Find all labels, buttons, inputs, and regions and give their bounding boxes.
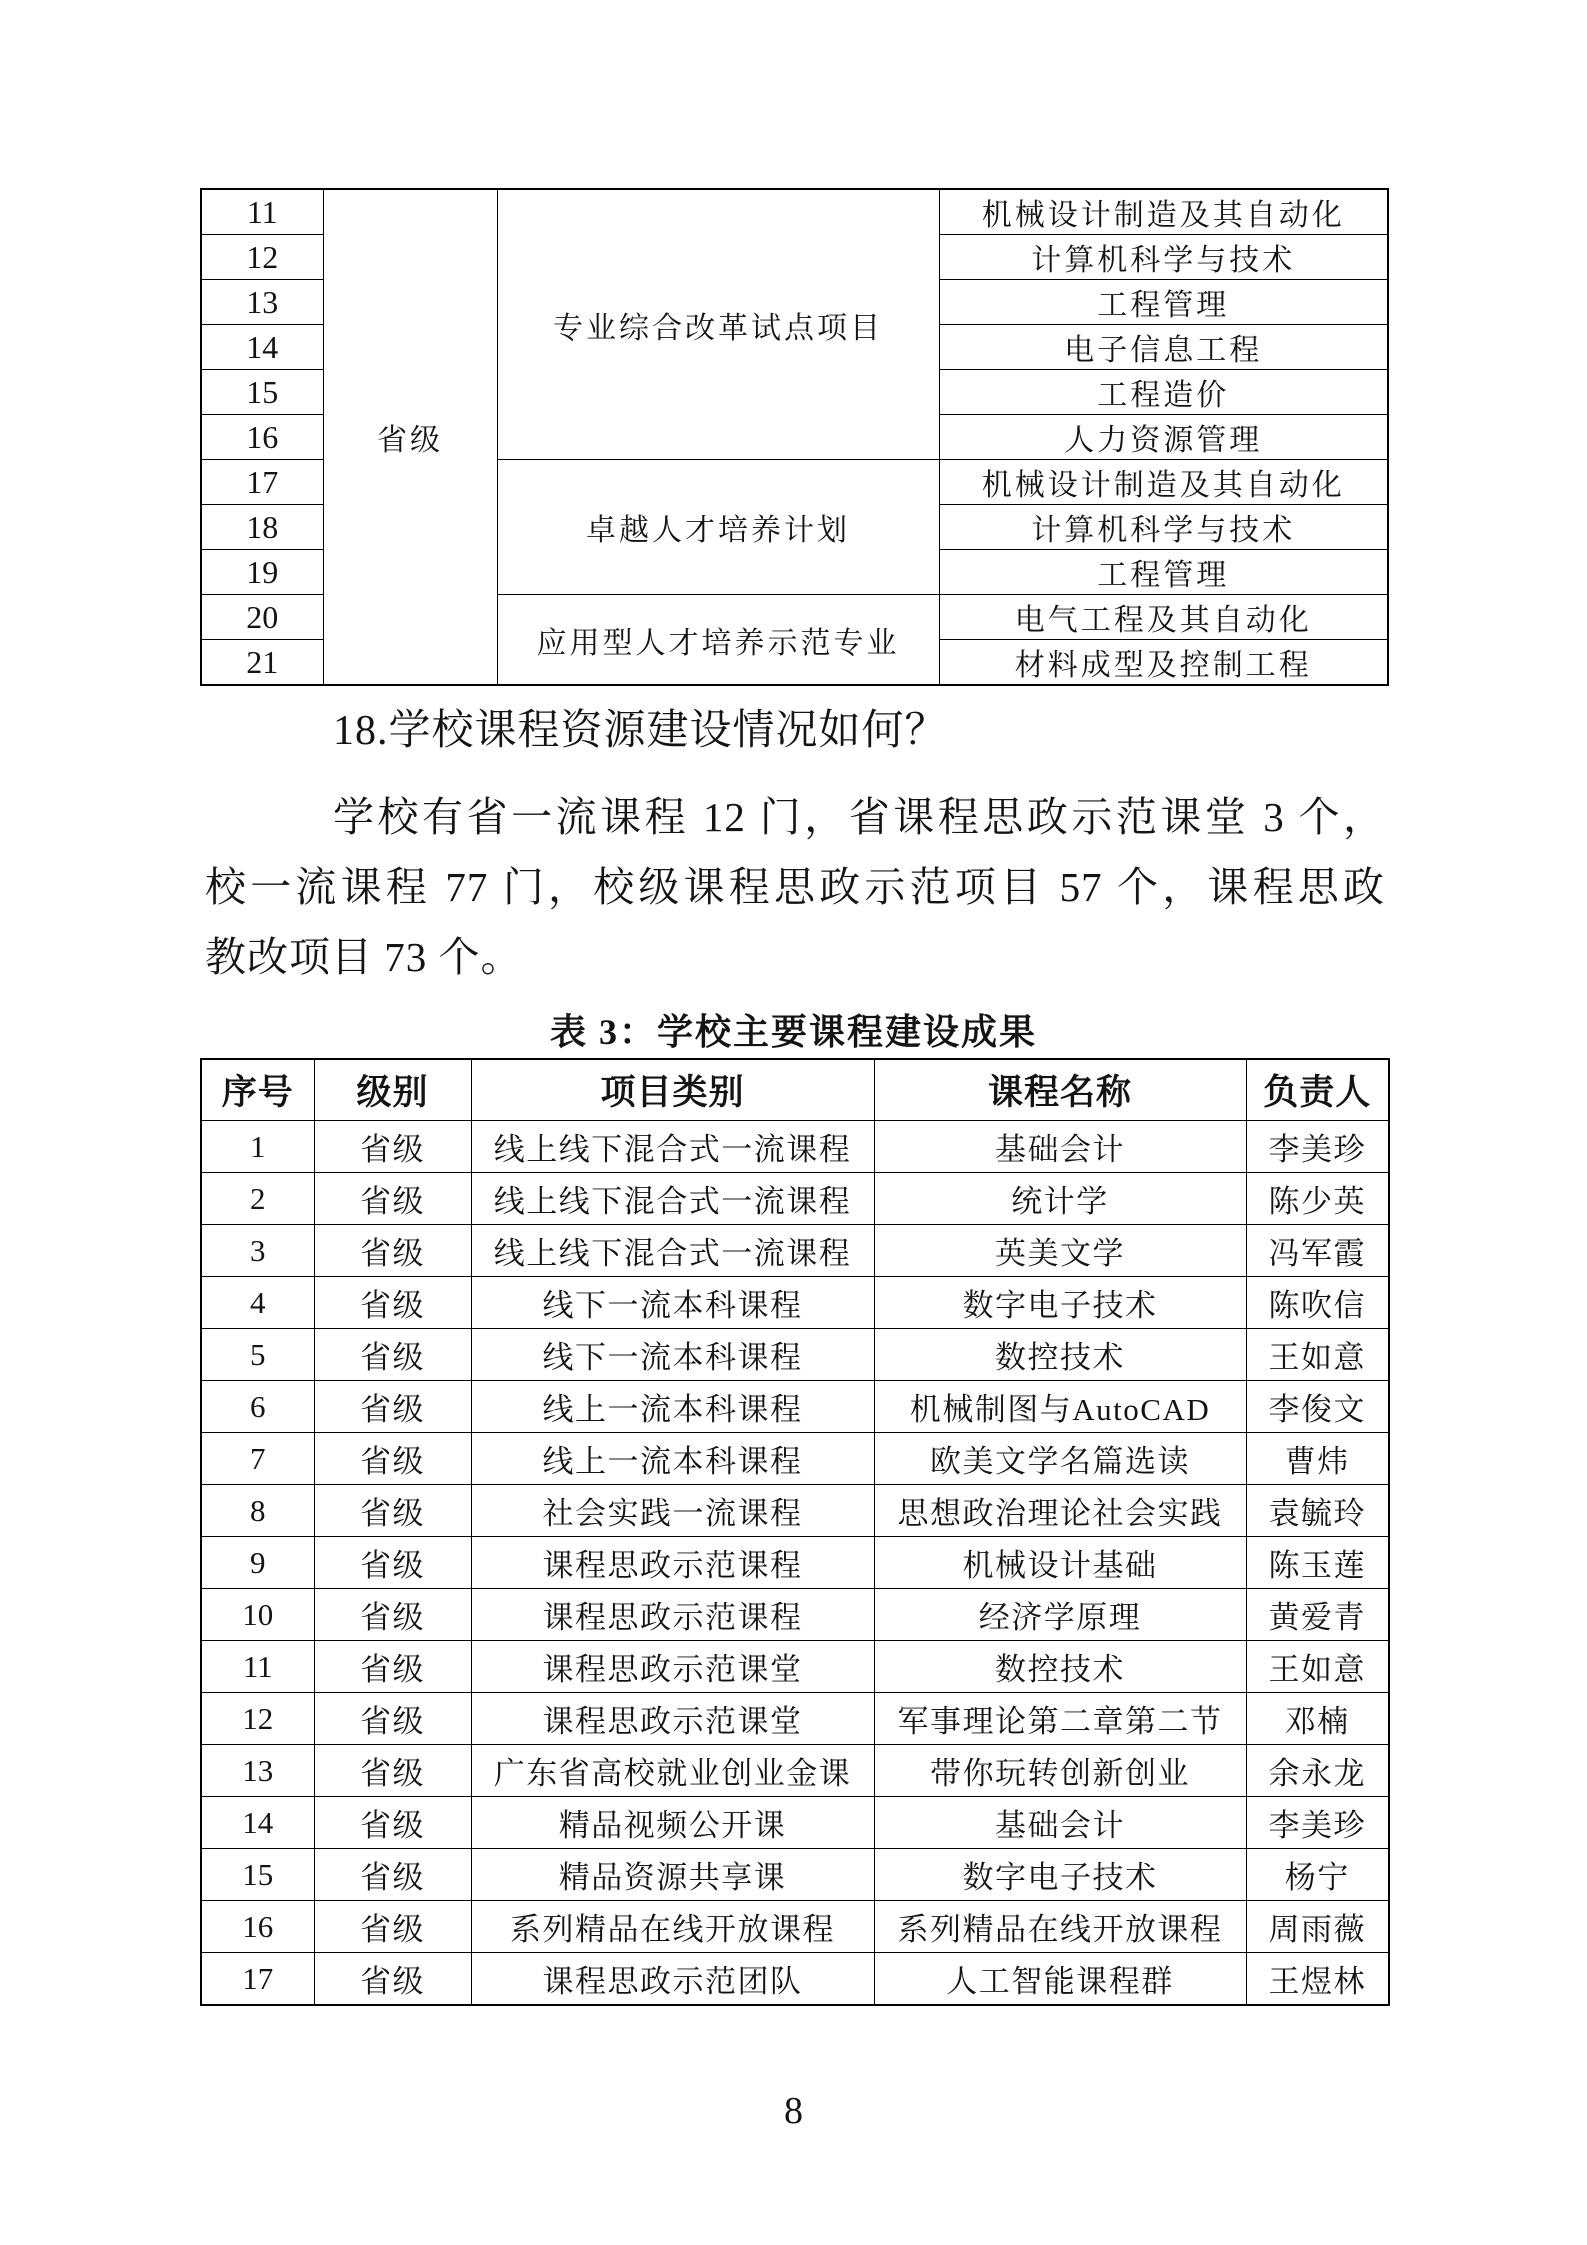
level-cell: 省级 [323, 189, 497, 685]
person-cell: 邓楠 [1246, 1693, 1389, 1745]
major-cell: 计算机科学与技术 [939, 235, 1388, 280]
person-cell: 陈玉莲 [1246, 1537, 1389, 1589]
table-row: 16 省级 系列精品在线开放课程 系列精品在线开放课程 周雨薇 [201, 1901, 1389, 1953]
table-row: 11 省级 课程思政示范课堂 数控技术 王如意 [201, 1641, 1389, 1693]
major-cell: 工程造价 [939, 370, 1388, 415]
course-cell: 英美文学 [874, 1225, 1246, 1277]
major-cell: 人力资源管理 [939, 415, 1388, 460]
person-cell: 李美珍 [1246, 1121, 1389, 1173]
header-level: 级别 [314, 1059, 471, 1121]
category-cell: 精品资源共享课 [471, 1849, 874, 1901]
level-cell: 省级 [314, 1485, 471, 1537]
serial-cell: 21 [201, 640, 323, 686]
person-cell: 周雨薇 [1246, 1901, 1389, 1953]
serial-cell: 2 [201, 1173, 314, 1225]
table-row: 14 省级 精品视频公开课 基础会计 李美珍 [201, 1797, 1389, 1849]
serial-cell: 16 [201, 415, 323, 460]
course-cell: 系列精品在线开放课程 [874, 1901, 1246, 1953]
table-course-achievements: 序号 级别 项目类别 课程名称 负责人 1 省级 线上线下混合式一流课程 基础会… [200, 1058, 1390, 2006]
category-cell: 线上线下混合式一流课程 [471, 1173, 874, 1225]
table-row: 9 省级 课程思政示范课程 机械设计基础 陈玉莲 [201, 1537, 1389, 1589]
person-cell: 黄爱青 [1246, 1589, 1389, 1641]
person-cell: 李俊文 [1246, 1381, 1389, 1433]
person-cell: 余永龙 [1246, 1745, 1389, 1797]
course-cell: 思想政治理论社会实践 [874, 1485, 1246, 1537]
course-cell: 军事理论第二章第二节 [874, 1693, 1246, 1745]
serial-cell: 9 [201, 1537, 314, 1589]
header-serial: 序号 [201, 1059, 314, 1121]
level-cell: 省级 [314, 1225, 471, 1277]
level-cell: 省级 [314, 1121, 471, 1173]
serial-cell: 15 [201, 370, 323, 415]
category-cell: 课程思政示范课程 [471, 1589, 874, 1641]
major-cell: 机械设计制造及其自动化 [939, 460, 1388, 505]
header-person: 负责人 [1246, 1059, 1389, 1121]
category-cell: 线上线下混合式一流课程 [471, 1121, 874, 1173]
table-row: 15 省级 精品资源共享课 数字电子技术 杨宁 [201, 1849, 1389, 1901]
question-heading: 18.学校课程资源建设情况如何？ [205, 706, 1385, 756]
category-cell: 专业综合改革试点项目 [497, 189, 939, 460]
document-page: 11 省级 专业综合改革试点项目 机械设计制造及其自动化 12 计算机科学与技术… [0, 0, 1587, 2245]
table-row: 7 省级 线上一流本科课程 欧美文学名篇选读 曹炜 [201, 1433, 1389, 1485]
person-cell: 杨宁 [1246, 1849, 1389, 1901]
course-cell: 数控技术 [874, 1329, 1246, 1381]
course-cell: 经济学原理 [874, 1589, 1246, 1641]
category-cell: 应用型人才培养示范专业 [497, 595, 939, 686]
category-cell: 课程思政示范课堂 [471, 1693, 874, 1745]
major-cell: 电子信息工程 [939, 325, 1388, 370]
category-cell: 课程思政示范团队 [471, 1953, 874, 2006]
category-cell: 广东省高校就业创业金课 [471, 1745, 874, 1797]
major-cell: 工程管理 [939, 280, 1388, 325]
level-cell: 省级 [314, 1901, 471, 1953]
serial-cell: 18 [201, 505, 323, 550]
category-cell: 线下一流本科课程 [471, 1277, 874, 1329]
level-cell: 省级 [314, 1953, 471, 2006]
serial-cell: 11 [201, 1641, 314, 1693]
paragraph-line: 校一流课程 77 门，校级课程思政示范项目 57 个，课程思政 [205, 852, 1385, 922]
course-cell: 基础会计 [874, 1121, 1246, 1173]
table-header-row: 序号 级别 项目类别 课程名称 负责人 [201, 1059, 1389, 1121]
table-row: 11 省级 专业综合改革试点项目 机械设计制造及其自动化 [201, 189, 1388, 235]
person-cell: 冯军霞 [1246, 1225, 1389, 1277]
person-cell: 王如意 [1246, 1329, 1389, 1381]
level-cell: 省级 [314, 1277, 471, 1329]
table-row: 4 省级 线下一流本科课程 数字电子技术 陈吹信 [201, 1277, 1389, 1329]
level-cell: 省级 [314, 1537, 471, 1589]
serial-cell: 14 [201, 325, 323, 370]
course-cell: 欧美文学名篇选读 [874, 1433, 1246, 1485]
serial-cell: 13 [201, 280, 323, 325]
header-category: 项目类别 [471, 1059, 874, 1121]
serial-cell: 16 [201, 1901, 314, 1953]
person-cell: 王如意 [1246, 1641, 1389, 1693]
major-cell: 工程管理 [939, 550, 1388, 595]
table-row: 3 省级 线上线下混合式一流课程 英美文学 冯军霞 [201, 1225, 1389, 1277]
level-cell: 省级 [314, 1329, 471, 1381]
table-provincial-projects: 11 省级 专业综合改革试点项目 机械设计制造及其自动化 12 计算机科学与技术… [200, 188, 1389, 686]
course-cell: 统计学 [874, 1173, 1246, 1225]
table-row: 13 省级 广东省高校就业创业金课 带你玩转创新创业 余永龙 [201, 1745, 1389, 1797]
course-cell: 人工智能课程群 [874, 1953, 1246, 2006]
course-cell: 带你玩转创新创业 [874, 1745, 1246, 1797]
serial-cell: 17 [201, 1953, 314, 2006]
level-cell: 省级 [314, 1641, 471, 1693]
category-cell: 线上一流本科课程 [471, 1381, 874, 1433]
table3-title: 表 3：学校主要课程建设成果 [0, 1012, 1587, 1052]
serial-cell: 12 [201, 1693, 314, 1745]
serial-cell: 20 [201, 595, 323, 640]
major-cell: 电气工程及其自动化 [939, 595, 1388, 640]
major-cell: 机械设计制造及其自动化 [939, 189, 1388, 235]
serial-cell: 10 [201, 1589, 314, 1641]
table-row: 12 省级 课程思政示范课堂 军事理论第二章第二节 邓楠 [201, 1693, 1389, 1745]
header-course: 课程名称 [874, 1059, 1246, 1121]
serial-cell: 11 [201, 189, 323, 235]
category-cell: 卓越人才培养计划 [497, 460, 939, 595]
table-row: 8 省级 社会实践一流课程 思想政治理论社会实践 袁毓玲 [201, 1485, 1389, 1537]
serial-cell: 15 [201, 1849, 314, 1901]
person-cell: 陈少英 [1246, 1173, 1389, 1225]
level-cell: 省级 [314, 1693, 471, 1745]
course-cell: 机械制图与AutoCAD [874, 1381, 1246, 1433]
major-cell: 材料成型及控制工程 [939, 640, 1388, 686]
category-cell: 课程思政示范课程 [471, 1537, 874, 1589]
level-cell: 省级 [314, 1381, 471, 1433]
serial-cell: 6 [201, 1381, 314, 1433]
serial-cell: 13 [201, 1745, 314, 1797]
level-cell: 省级 [314, 1433, 471, 1485]
person-cell: 曹炜 [1246, 1433, 1389, 1485]
table-row: 6 省级 线上一流本科课程 机械制图与AutoCAD 李俊文 [201, 1381, 1389, 1433]
table-row: 2 省级 线上线下混合式一流课程 统计学 陈少英 [201, 1173, 1389, 1225]
table-row: 5 省级 线下一流本科课程 数控技术 王如意 [201, 1329, 1389, 1381]
serial-cell: 14 [201, 1797, 314, 1849]
level-cell: 省级 [314, 1849, 471, 1901]
person-cell: 李美珍 [1246, 1797, 1389, 1849]
level-cell: 省级 [314, 1745, 471, 1797]
category-cell: 课程思政示范课堂 [471, 1641, 874, 1693]
serial-cell: 1 [201, 1121, 314, 1173]
table-row: 10 省级 课程思政示范课程 经济学原理 黄爱青 [201, 1589, 1389, 1641]
category-cell: 系列精品在线开放课程 [471, 1901, 874, 1953]
person-cell: 袁毓玲 [1246, 1485, 1389, 1537]
serial-cell: 4 [201, 1277, 314, 1329]
paragraph-line: 教改项目 73 个。 [205, 922, 1385, 992]
person-cell: 王煜林 [1246, 1953, 1389, 2006]
category-cell: 线下一流本科课程 [471, 1329, 874, 1381]
course-cell: 基础会计 [874, 1797, 1246, 1849]
page-number: 8 [0, 2090, 1587, 2132]
course-cell: 机械设计基础 [874, 1537, 1246, 1589]
person-cell: 陈吹信 [1246, 1277, 1389, 1329]
category-cell: 线上线下混合式一流课程 [471, 1225, 874, 1277]
course-cell: 数控技术 [874, 1641, 1246, 1693]
serial-cell: 3 [201, 1225, 314, 1277]
category-cell: 社会实践一流课程 [471, 1485, 874, 1537]
course-cell: 数字电子技术 [874, 1849, 1246, 1901]
category-cell: 线上一流本科课程 [471, 1433, 874, 1485]
level-cell: 省级 [314, 1589, 471, 1641]
table-row: 1 省级 线上线下混合式一流课程 基础会计 李美珍 [201, 1121, 1389, 1173]
paragraph: 学校有省一流课程 12 门，省课程思政示范课堂 3 个， 校一流课程 77 门，… [205, 782, 1385, 992]
serial-cell: 8 [201, 1485, 314, 1537]
major-cell: 计算机科学与技术 [939, 505, 1388, 550]
category-cell: 精品视频公开课 [471, 1797, 874, 1849]
serial-cell: 5 [201, 1329, 314, 1381]
table-row: 17 省级 课程思政示范团队 人工智能课程群 王煜林 [201, 1953, 1389, 2006]
serial-cell: 7 [201, 1433, 314, 1485]
serial-cell: 17 [201, 460, 323, 505]
course-cell: 数字电子技术 [874, 1277, 1246, 1329]
paragraph-line: 学校有省一流课程 12 门，省课程思政示范课堂 3 个， [205, 782, 1385, 852]
serial-cell: 19 [201, 550, 323, 595]
level-cell: 省级 [314, 1797, 471, 1849]
serial-cell: 12 [201, 235, 323, 280]
level-cell: 省级 [314, 1173, 471, 1225]
